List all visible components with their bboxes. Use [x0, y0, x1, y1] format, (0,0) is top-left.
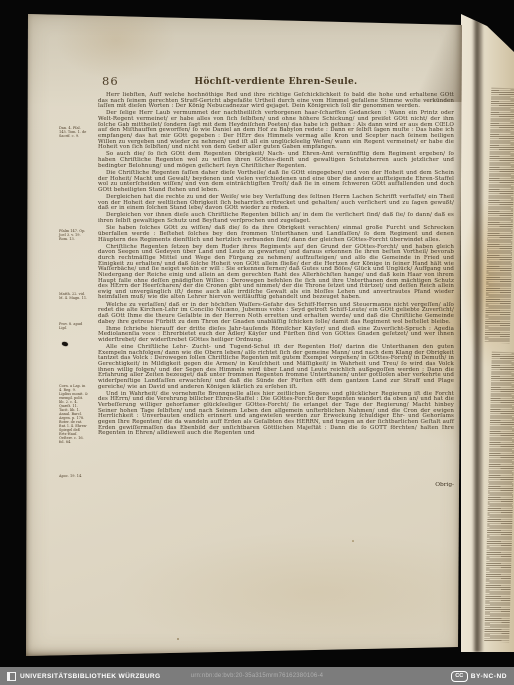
- body-paragraph: Dergleichen hat die rechte zu und der We…: [98, 195, 454, 212]
- body-paragraph: Herr liebſten, Auff welche hochnöthige R…: [98, 93, 454, 110]
- library-branding: UNIVERSITÄTSBIBLIOTHEK WÜRZBURG: [7, 672, 161, 681]
- page-fold-shadow: [393, 12, 463, 102]
- body-paragraph: Sie haben ſolches GOtt zu wiſſen/ daß di…: [98, 226, 454, 243]
- margin-note: Dan. 4. Pſal. 145. Tom. 1. de Sacrif. c.…: [59, 126, 88, 138]
- library-footer-bar: UNIVERSITÄTSBIBLIOTHEK WÜRZBURG urn:nbn:…: [0, 667, 514, 685]
- catchword: Obrig-: [406, 482, 454, 488]
- license-badge: CC BY-NC-ND: [451, 671, 507, 682]
- license-label: BY-NC-ND: [471, 673, 507, 680]
- body-paragraph: Die Chriſtliche Regenten faſſen daher di…: [98, 171, 454, 194]
- body-paragraph: Und in Wahrheit/ die vornehmſte Bronnque…: [98, 392, 454, 437]
- foxing-spot: [177, 638, 179, 640]
- facing-page-edge: [461, 0, 514, 652]
- scan-viewport: 86 Höchſt-verdiente Ehren-Seule. Herr li…: [0, 0, 514, 685]
- page-text-block: Herr liebſten, Auff welche hochnöthige R…: [98, 93, 454, 438]
- library-logo-icon: [7, 672, 16, 681]
- library-name: UNIVERSITÄTSBIBLIOTHEK WÜRZBURG: [20, 673, 161, 680]
- margin-note: Matth. 22. vid. M. 4. Magn. 11.: [59, 292, 88, 300]
- facing-page-text-bleed: [484, 352, 514, 643]
- scanned-page: 86 Höchſt-verdiente Ehren-Seule. Herr li…: [26, 12, 463, 657]
- body-paragraph: So auch die/ ſo ſich GOtt dem Regenten O…: [98, 152, 454, 169]
- book-gutter-shadow: [472, 0, 483, 652]
- body-paragraph: Ihme ſchriebe hierauff der dritte dieſes…: [98, 327, 454, 344]
- margin-note: Prov. 8. apud Lipſ.: [59, 322, 88, 330]
- margin-note: Pſalm 147. Op. Joel 3. v. 19. Rom. 13.: [59, 229, 88, 241]
- facing-page-text-bleed: [485, 88, 514, 344]
- foxing-spot: [352, 540, 354, 542]
- body-paragraph: Welche zu verlaſſen/ daß er in der höchſ…: [98, 303, 454, 326]
- cc-icon: CC: [451, 671, 468, 682]
- body-paragraph: Der ſelige Herr Laub vermummet der nacht…: [98, 111, 454, 150]
- body-paragraph: Chriſtliche Regenten ſetzen bey dem Rude…: [98, 245, 454, 301]
- body-paragraph: Alle eine Chriſtliche Lehr- Zucht- und T…: [98, 345, 454, 390]
- margin-note: Corn. a Lap. in 4. Reg. 9. Lipſius monit…: [59, 384, 88, 444]
- running-header: Höchſt-verdiente Ehren-Seule.: [98, 77, 454, 88]
- margin-note: Apoc. 19. 14.: [59, 474, 88, 478]
- ink-blot: [62, 341, 69, 346]
- body-paragraph: Dergleichen vor ihnen dieſe auch Chriſtl…: [98, 213, 454, 224]
